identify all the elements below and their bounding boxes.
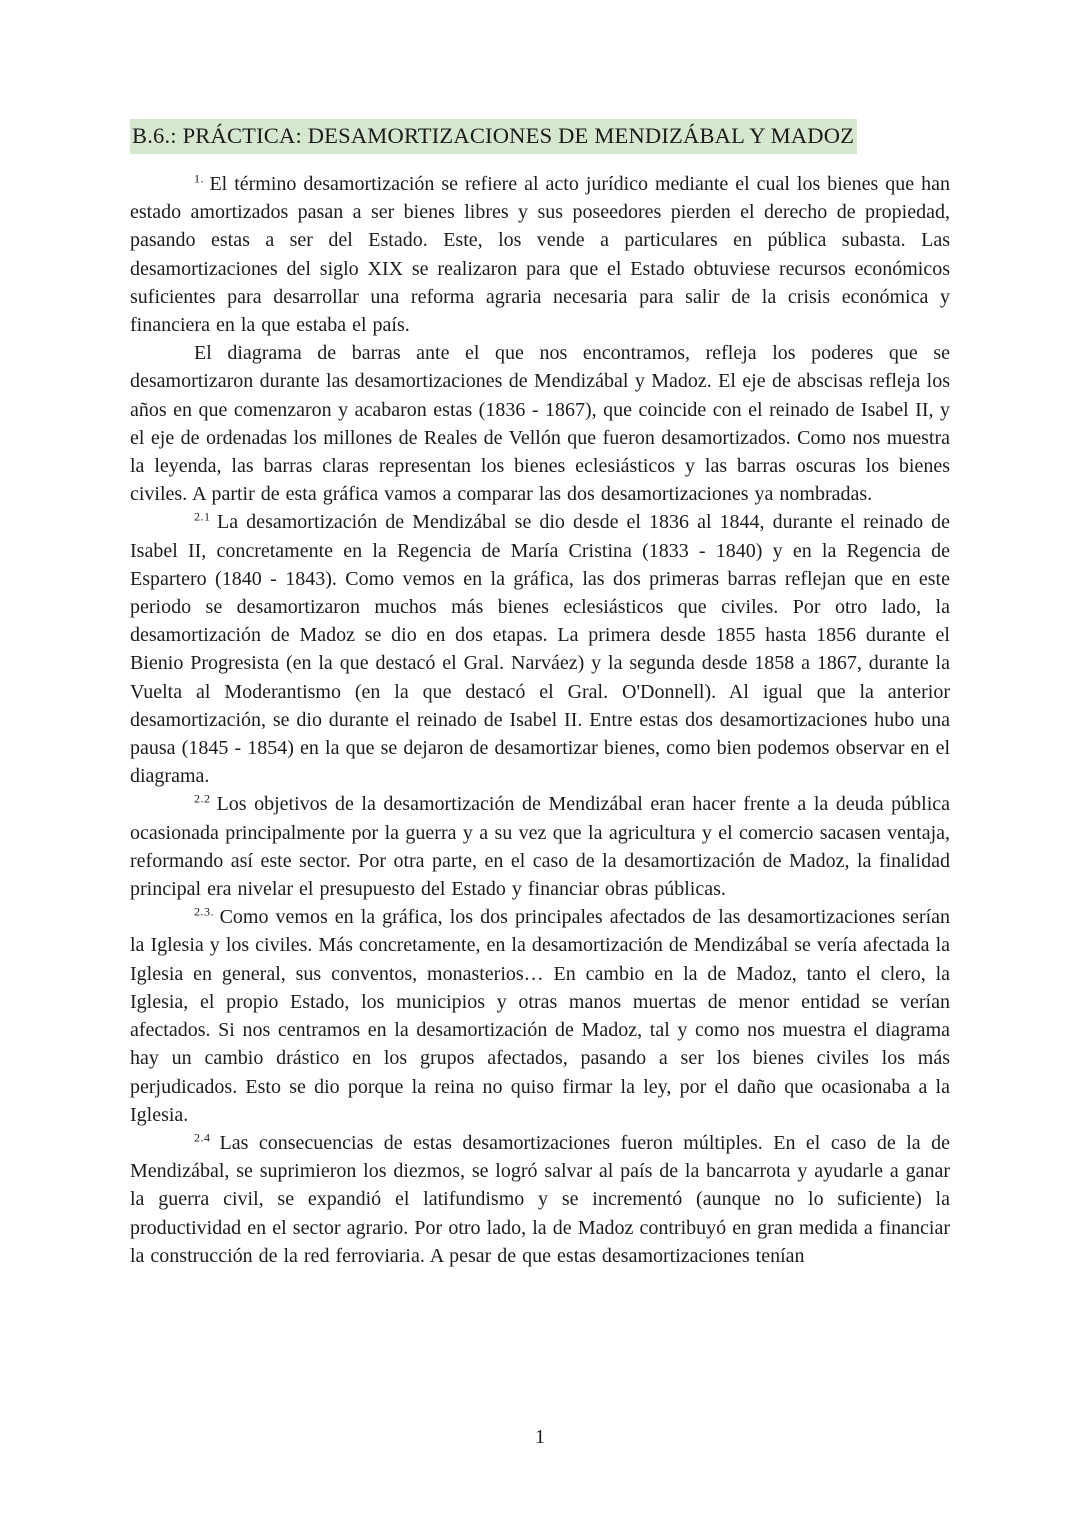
document-page: B.6.: PRÁCTICA: DESAMORTIZACIONES DE MEN…	[0, 0, 1080, 1525]
paragraph: 2.4 Las consecuencias de estas desamorti…	[130, 1129, 950, 1270]
paragraph: El diagrama de barras ante el que nos en…	[130, 339, 950, 508]
paragraph: 2.1 La desamortización de Mendizábal se …	[130, 508, 950, 790]
page-title: B.6.: PRÁCTICA: DESAMORTIZACIONES DE MEN…	[130, 118, 950, 154]
paragraph-number: 2.2	[194, 792, 217, 806]
paragraph-number: 1.	[194, 171, 209, 185]
paragraph-number: 2.1	[194, 510, 217, 524]
paragraph-number: 2.4	[194, 1130, 219, 1144]
document-body: 1. El término desamortización se refiere…	[130, 170, 950, 1270]
paragraph: 1. El término desamortización se refiere…	[130, 170, 950, 339]
page-number: 1	[0, 1426, 1080, 1449]
paragraph: 2.2 Los objetivos de la desamortización …	[130, 790, 950, 903]
paragraph-number: 2.3.	[194, 905, 220, 919]
title-highlight: B.6.: PRÁCTICA: DESAMORTIZACIONES DE MEN…	[130, 119, 857, 154]
paragraph: 2.3. Como vemos en la gráfica, los dos p…	[130, 903, 950, 1129]
